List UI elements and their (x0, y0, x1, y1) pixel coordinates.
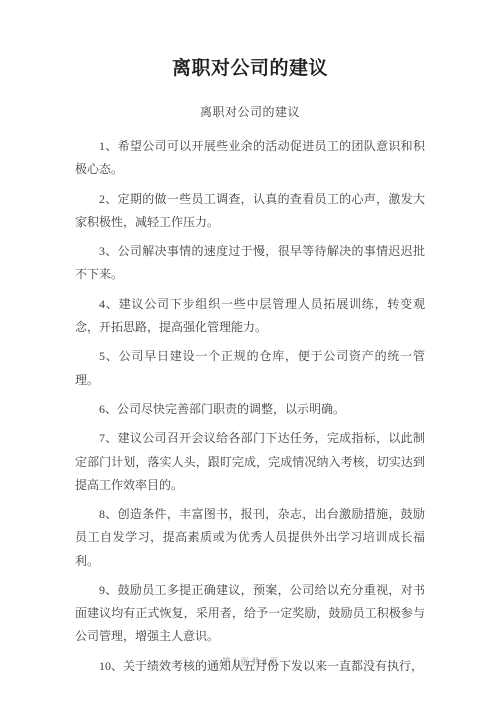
page-footer: 第 1 页 共 4 页 (0, 655, 500, 669)
suggestion-item-3: 3、公司解决事情的速度过于慢，很早等待解决的事情迟迟批不下来。 (75, 240, 425, 286)
document-title: 离职对公司的建议 (60, 55, 440, 82)
suggestions-list: 1、希望公司可以开展些业余的活动促进员工的团队意识和积极心态。 2、定期的做一些… (75, 135, 425, 678)
suggestion-item-7: 7、建议公司召开会议给各部门下达任务，完成指标，以此制定部门计划，落实人头，跟盯… (75, 427, 425, 497)
suggestion-item-9: 9、鼓励员工多提正确建议，预案，公司给以充分重视，对书面建议均有正式恢复，采用者… (75, 579, 425, 649)
page-number: 第 1 页 共 4 页 (222, 657, 278, 667)
suggestion-item-6: 6、公司尽快完善部门职责的调整，以示明确。 (75, 398, 425, 421)
document-subtitle: 离职对公司的建议 (60, 104, 440, 121)
document-page: 离职对公司的建议 离职对公司的建议 1、希望公司可以开展些业余的活动促进员工的团… (0, 0, 500, 707)
suggestion-item-2: 2、定期的做一些员工调查，认真的查看员工的心声，激发大家积极性，减轻工作压力。 (75, 188, 425, 234)
suggestion-item-5: 5、公司早日建设一个正规的仓库，便于公司资产的统一管理。 (75, 345, 425, 391)
suggestion-item-4: 4、建议公司下步组织一些中层管理人员拓展训练，转变观念，开拓思路，提高强化管理能… (75, 293, 425, 339)
suggestion-item-1: 1、希望公司可以开展些业余的活动促进员工的团队意识和积极心态。 (75, 135, 425, 181)
suggestion-item-8: 8、创造条件，丰富图书，报刊，杂志，出台激励措施，鼓励员工自发学习，提高素质或为… (75, 503, 425, 573)
